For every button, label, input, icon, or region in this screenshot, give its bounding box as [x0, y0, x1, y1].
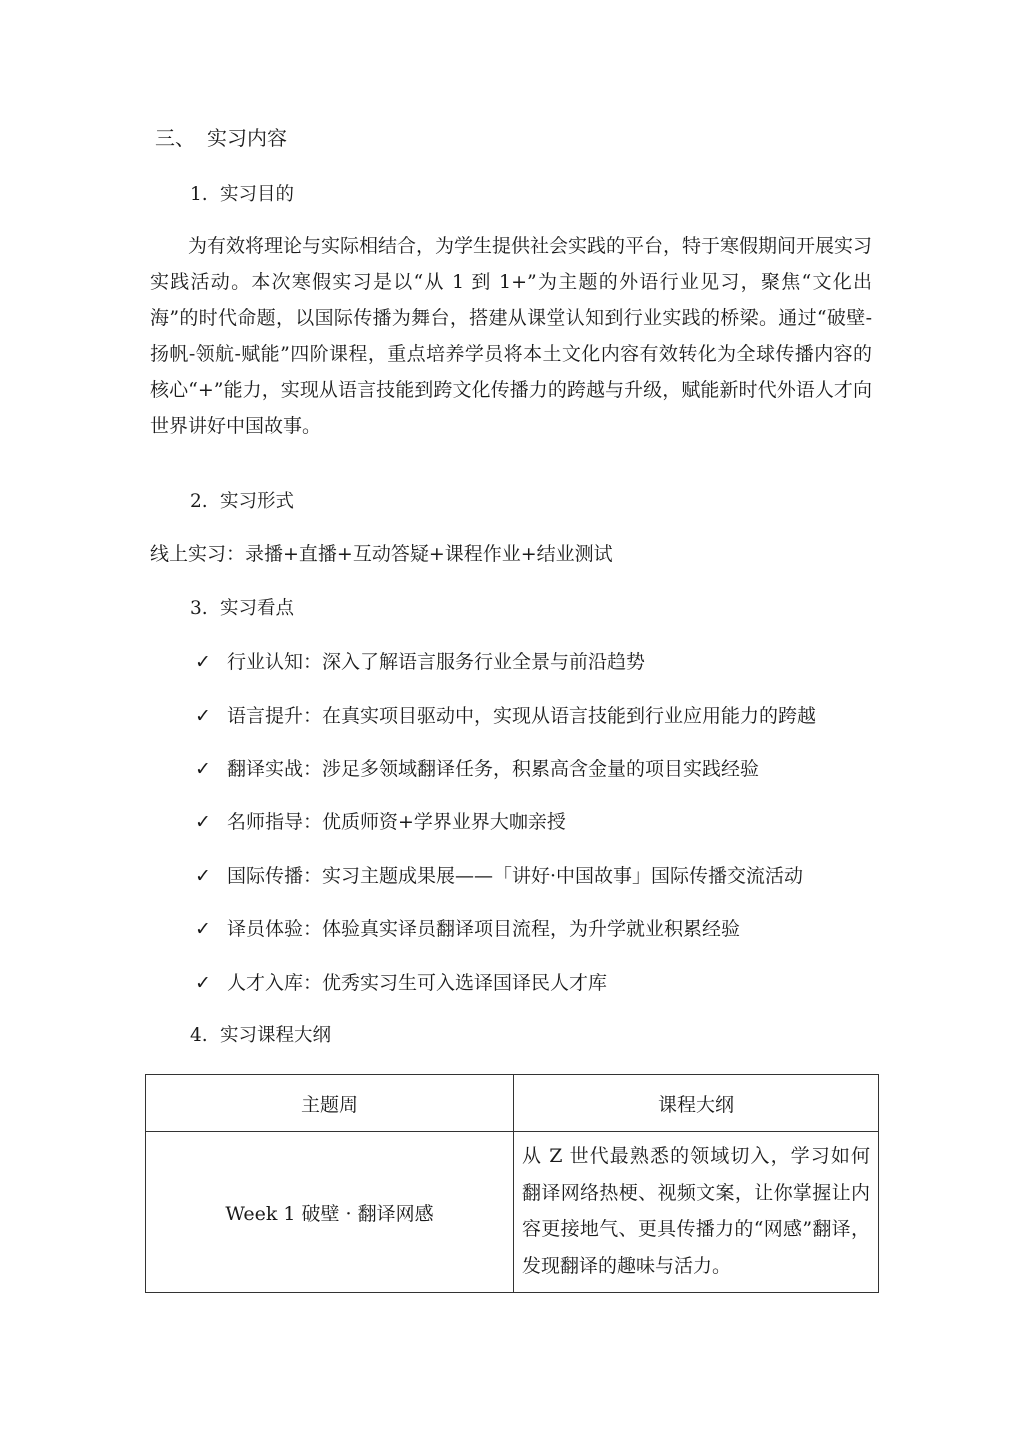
column-header-week: 主题周	[146, 1075, 514, 1132]
checkmark-icon: ✓	[195, 758, 227, 780]
highlight-text: 语言提升：在真实项目驱动中，实现从语言技能到行业应用能力的跨越	[227, 705, 816, 727]
highlight-text: 行业认知：深入了解语言服务行业全景与前沿趋势	[227, 651, 645, 673]
subsection-title: 实习形式	[220, 491, 294, 512]
highlight-item: ✓译员体验：体验真实译员翻译项目流程，为升学就业积累经验	[195, 914, 740, 941]
highlight-item: ✓语言提升：在真实项目驱动中，实现从语言技能到行业应用能力的跨越	[195, 701, 816, 728]
subsection-number: 2.	[190, 491, 220, 512]
highlight-text: 名师指导：优质师资+学界业界大咖亲授	[227, 811, 566, 833]
subsection-number: 4.	[190, 1025, 220, 1046]
highlight-item: ✓名师指导：优质师资+学界业界大咖亲授	[195, 807, 566, 834]
subsection-heading-outline: 4.实习课程大纲	[190, 1021, 331, 1047]
table-header-row: 主题周 课程大纲	[146, 1075, 879, 1132]
course-outline-table: 主题周 课程大纲 Week 1 破壁 · 翻译网感 从 Z 世代最熟悉的领域切入…	[145, 1074, 879, 1293]
checkmark-icon: ✓	[195, 651, 227, 673]
subsection-heading-format: 2.实习形式	[190, 487, 294, 513]
checkmark-icon: ✓	[195, 705, 227, 727]
highlight-text: 国际传播：实习主题成果展——「讲好·中国故事」国际传播交流活动	[227, 865, 803, 887]
section-number: 三、	[155, 122, 207, 151]
checkmark-icon: ✓	[195, 811, 227, 833]
checkmark-icon: ✓	[195, 918, 227, 940]
purpose-paragraph: 为有效将理论与实际相结合，为学生提供社会实践的平台，特于寒假期间开展实习实践活动…	[150, 228, 872, 444]
format-text: 线上实习：录播+直播+互动答疑+课程作业+结业测试	[150, 539, 613, 566]
description-cell: 从 Z 世代最熟悉的领域切入，学习如何翻译网络热梗、视频文案，让你掌握让内容更接…	[514, 1132, 879, 1293]
highlight-item: ✓人才入库：优秀实习生可入选译国译民人才库	[195, 968, 607, 995]
highlight-text: 译员体验：体验真实译员翻译项目流程，为升学就业积累经验	[227, 918, 740, 940]
section-heading: 三、实习内容	[155, 122, 287, 151]
highlight-item: ✓行业认知：深入了解语言服务行业全景与前沿趋势	[195, 647, 645, 674]
highlight-text: 翻译实战：涉足多领域翻译任务，积累高含金量的项目实践经验	[227, 758, 759, 780]
subsection-title: 实习目的	[220, 184, 294, 205]
highlight-item: ✓国际传播：实习主题成果展——「讲好·中国故事」国际传播交流活动	[195, 861, 803, 888]
section-title: 实习内容	[207, 126, 287, 150]
checkmark-icon: ✓	[195, 865, 227, 887]
subsection-heading-highlights: 3.实习看点	[190, 594, 294, 620]
subsection-title: 实习看点	[220, 598, 294, 619]
checkmark-icon: ✓	[195, 972, 227, 994]
subsection-number: 1.	[190, 184, 220, 205]
column-header-outline: 课程大纲	[514, 1075, 879, 1132]
highlight-item: ✓翻译实战：涉足多领域翻译任务，积累高含金量的项目实践经验	[195, 754, 759, 781]
subsection-heading-purpose: 1.实习目的	[190, 180, 294, 206]
subsection-title: 实习课程大纲	[220, 1025, 331, 1046]
subsection-number: 3.	[190, 598, 220, 619]
week-cell: Week 1 破壁 · 翻译网感	[146, 1132, 514, 1293]
table-row: Week 1 破壁 · 翻译网感 从 Z 世代最熟悉的领域切入，学习如何翻译网络…	[146, 1132, 879, 1293]
highlight-text: 人才入库：优秀实习生可入选译国译民人才库	[227, 972, 607, 994]
